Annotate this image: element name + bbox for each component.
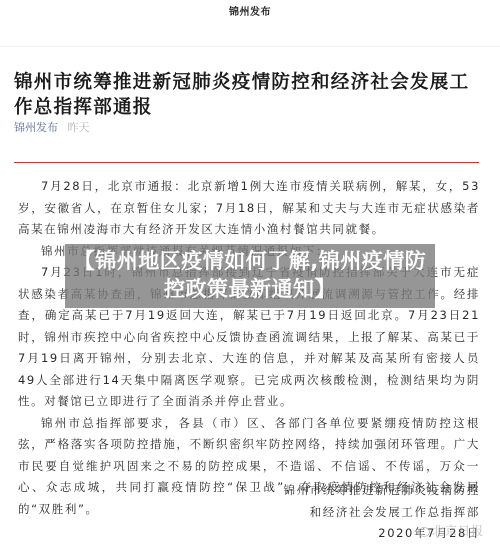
watermark: 北京日报 bbox=[418, 522, 484, 539]
wechat-icon bbox=[418, 527, 430, 537]
top-bar: 锦州发布 bbox=[0, 0, 500, 47]
red-header-rule bbox=[14, 162, 479, 163]
paragraph: 7月28日，北京市通报：北京新增1例大连市疫情关联病例，解某，女，53岁，安徽省… bbox=[18, 176, 480, 241]
notice-body: 7月28日，北京市通报：北京新增1例大连市疫情关联病例，解某，女，53岁，安徽省… bbox=[18, 176, 480, 520]
article-page: 锦州发布 锦州市统筹推进新冠肺炎疫情防控和经济社会发展工作总指挥部通报 锦州发布… bbox=[0, 0, 500, 549]
headline-overlay: 【锦州地区疫情如何了解,锦州疫情防 控政策最新通知】 bbox=[65, 244, 435, 308]
overlay-line-2: 控政策最新通知】 bbox=[65, 275, 435, 303]
overlay-line-1: 【锦州地区疫情如何了解,锦州疫情防 bbox=[65, 247, 435, 275]
signature-line-1: 锦州市统筹推进新冠肺炎疫情防控 bbox=[284, 480, 481, 502]
article-meta: 锦州发布 昨天 bbox=[14, 121, 90, 135]
author-link[interactable]: 锦州发布 bbox=[14, 121, 58, 134]
account-title: 锦州发布 bbox=[229, 3, 271, 18]
publish-time: 昨天 bbox=[68, 121, 90, 134]
notice-document-image: 7月28日，北京市通报：北京新增1例大连市疫情关联病例，解某，女，53岁，安徽省… bbox=[14, 162, 486, 549]
signature-line-2: 和经济社会发展工作总指挥部 bbox=[284, 502, 481, 524]
watermark-text: 北京日报 bbox=[432, 524, 484, 538]
article-title: 锦州市统筹推进新冠肺炎疫情防控和经济社会发展工作总指挥部通报 bbox=[14, 70, 486, 120]
